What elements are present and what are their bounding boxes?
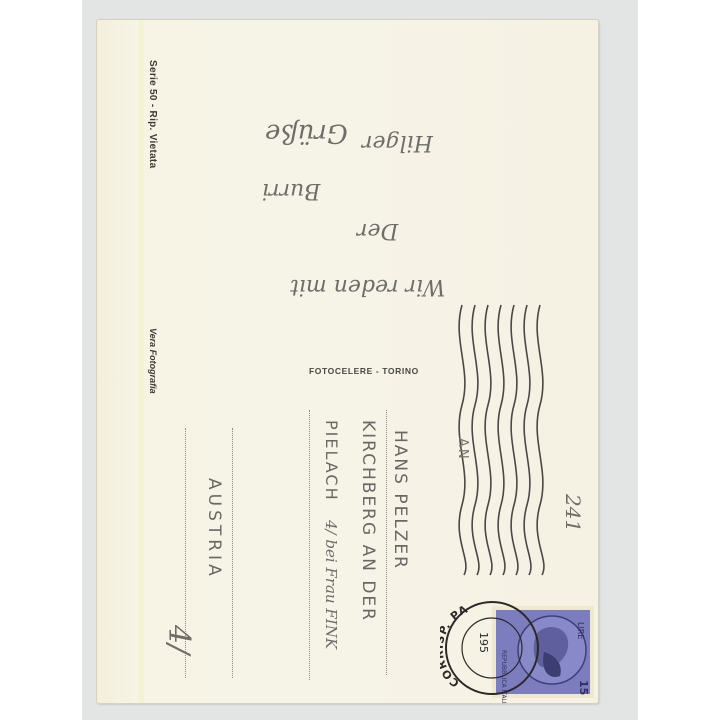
address-line2: PIELACH — [322, 420, 341, 502]
message-line-hilger: Hilger — [362, 130, 433, 155]
pencil-mark: 241 — [561, 494, 585, 532]
svg-text:195: 195 — [477, 632, 490, 653]
svg-text:15: 15 — [577, 680, 590, 695]
address-name: HANS PELZER — [390, 430, 410, 570]
address-line-2 — [309, 410, 310, 680]
address-country: AUSTRIA — [204, 478, 224, 580]
photo-note: Vera Fotografia — [148, 328, 158, 394]
address-line-3 — [232, 428, 233, 678]
slogan-mark: AN — [455, 438, 470, 461]
stamp-area: REPUBBLICA ITALIANA LIRE 15 CORRISP. PAC… — [440, 592, 600, 704]
scan-streak — [137, 20, 145, 703]
series-label: Serie 50 - Rip. Vietata — [147, 60, 158, 168]
margin-mark: 4/ — [161, 625, 196, 654]
stamp-icon: REPUBBLICA ITALIANA LIRE 15 CORRISP. PAC… — [440, 592, 600, 704]
svg-text:LIRE: LIRE — [576, 622, 585, 639]
svg-text:CORRISP. PACCHI: CORRISP. PACCHI — [440, 592, 470, 690]
message-line-griesse: Grüße — [265, 118, 348, 148]
message-line-burri: Burri — [262, 178, 320, 203]
publisher-label: FOTOCELERE - TORINO — [309, 366, 419, 376]
message-line-der: Der — [357, 218, 398, 243]
address-line1: KIRCHBERG AN DER — [358, 420, 378, 622]
message-line-wir: Wir reden mit — [290, 274, 445, 299]
address-line-1 — [386, 410, 387, 675]
address-line2-note: 4/ bei Frau FINK — [322, 520, 340, 649]
